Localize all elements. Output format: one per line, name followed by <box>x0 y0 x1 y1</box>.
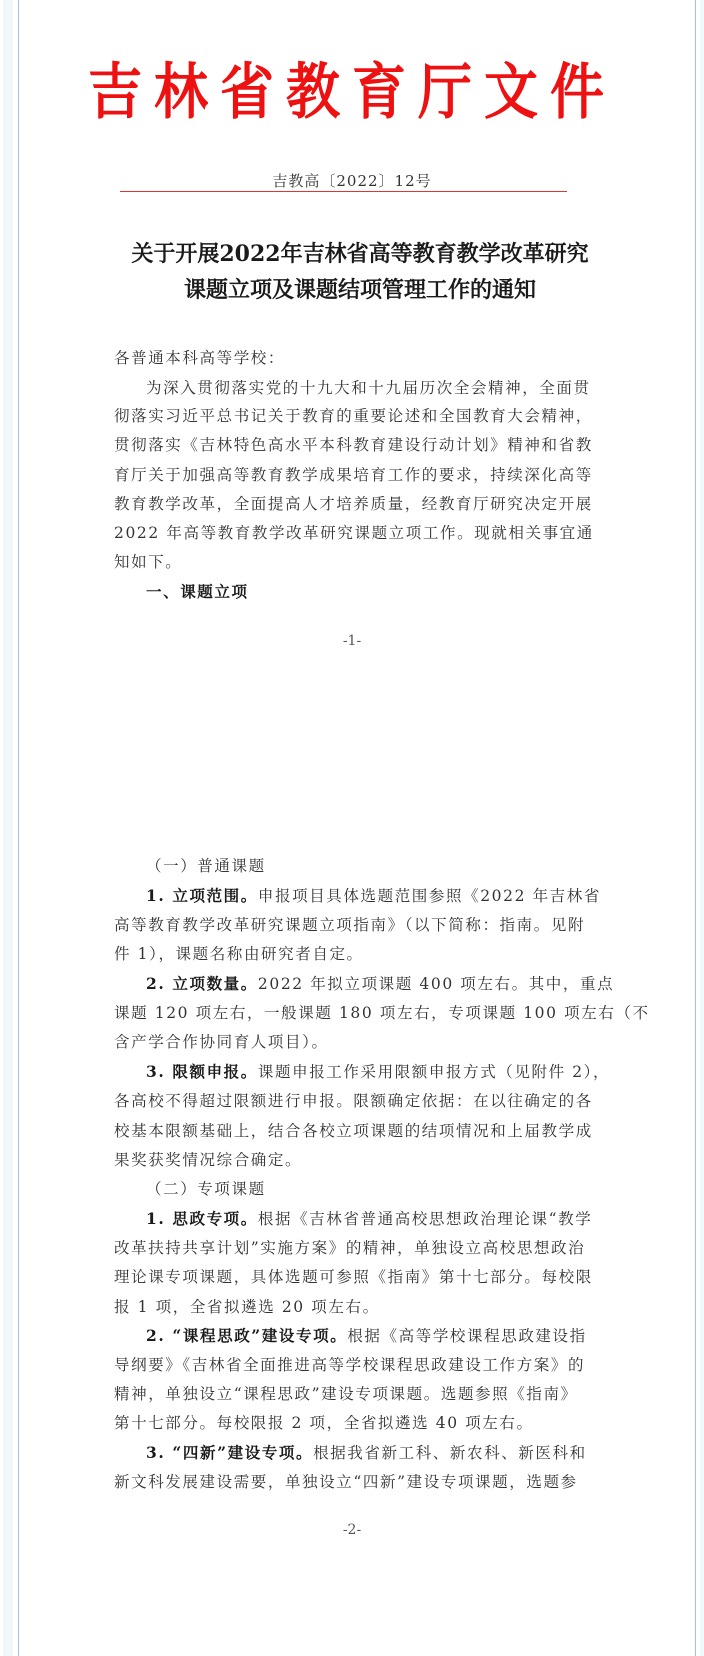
item-5-line: 导纲要》《吉林省全面推进高等学校课程思政建设工作方案》的 <box>114 1355 574 1375</box>
salutation: 各普通本科高等学校： <box>114 348 574 368</box>
item-3-line: 3. 限额申报。课题申报工作采用限额申报方式（见附件 2）， <box>146 1062 606 1082</box>
issuer-header-title: 吉林省教育厅文件 <box>0 44 704 130</box>
item-2-line: 含产学合作协同育人项目）。 <box>114 1032 574 1052</box>
item-3-line: 各高校不得超过限额进行申报。限额确定依据：在以往确定的各 <box>114 1091 574 1111</box>
item-1-label: 1. 立项范围。 <box>146 886 258 905</box>
subsection-heading-2: （二）专项课题 <box>146 1179 606 1199</box>
item-4-label: 1. 思政专项。 <box>146 1209 258 1228</box>
intro-line: 2022 年高等教育教学改革研究课题立项工作。现就相关事宜通 <box>114 523 574 543</box>
item-1-line: 件 1），课题名称由研究者自定。 <box>114 944 574 964</box>
notice-title-line-2: 课题立项及课题结项管理工作的通知 <box>100 272 620 308</box>
item-3-line: 校基本限额基础上，结合各校立项课题的结项情况和上届教学成 <box>114 1121 574 1141</box>
item-6-line: 3. “四新”建设专项。根据我省新工科、新农科、新医科和 <box>146 1443 606 1463</box>
item-5-line: 2. “课程思政”建设专项。根据《高等学校课程思政建设指 <box>146 1326 606 1346</box>
item-3-line: 果奖获奖情况综合确定。 <box>114 1150 574 1170</box>
item-4-line: 理论课专项课题，具体选题可参照《指南》第十七部分。每校限 <box>114 1267 574 1287</box>
item-6-line: 新文科发展建设需要，单独设立“四新”建设专项课题，选题参 <box>114 1472 574 1492</box>
viewer-margin-left <box>3 0 13 1656</box>
intro-line: 育厅关于加强高等教育教学成果培育工作的要求，持续深化高等 <box>114 465 574 485</box>
intro-line: 为深入贯彻落实党的十九大和十九届历次全会精神，全面贯 <box>146 378 606 398</box>
red-divider-line <box>120 191 567 192</box>
item-2-line: 2. 立项数量。2022 年拟立项课题 400 项左右。其中，重点 <box>146 974 606 994</box>
item-6-label: 3. “四新”建设专项。 <box>146 1443 313 1462</box>
item-4-line: 改革扶持共享计划”实施方案》的精神，单独设立高校思想政治 <box>114 1238 574 1258</box>
section-heading-1: 一、课题立项 <box>146 582 606 602</box>
item-2-label: 2. 立项数量。 <box>146 974 258 993</box>
item-3-label: 3. 限额申报。 <box>146 1062 258 1081</box>
item-5-line: 精神，单独设立“课程思政”建设专项课题。选题参照《指南》 <box>114 1384 574 1404</box>
item-4-line: 1. 思政专项。根据《吉林省普通高校思想政治理论课“教学 <box>146 1209 606 1229</box>
page-number-2: -2- <box>0 1522 704 1538</box>
item-1-line: 1. 立项范围。申报项目具体选题范围参照《2022 年吉林省 <box>146 886 606 906</box>
notice-title-line-1: 关于开展2022年吉林省高等教育教学改革研究 <box>100 236 620 272</box>
item-1-line: 高等教育教学改革研究课题立项指南》（以下简称：指南。见附 <box>114 915 574 935</box>
intro-line: 教育教学改革，全面提高人才培养质量，经教育厅研究决定开展 <box>114 494 574 514</box>
intro-line: 知如下。 <box>114 552 574 572</box>
subsection-heading-1: （一）普通课题 <box>146 856 606 876</box>
intro-line: 贯彻落实《吉林特色高水平本科教育建设行动计划》精神和省教 <box>114 435 574 455</box>
item-2-line: 课题 120 项左右，一般课题 180 项左右，专项课题 100 项左右（不 <box>114 1003 574 1023</box>
document-number: 吉教高〔2022〕12号 <box>0 170 704 191</box>
viewer-margin-right <box>700 0 704 1656</box>
page-number-1: -1- <box>0 633 704 649</box>
item-4-line: 报 1 项，全省拟遴选 20 项左右。 <box>114 1297 574 1317</box>
intro-line: 彻落实习近平总书记关于教育的重要论述和全国教育大会精神， <box>114 406 574 426</box>
item-5-line: 第十七部分。每校限报 2 项，全省拟遴选 40 项左右。 <box>114 1413 574 1433</box>
item-5-label: 2. “课程思政”建设专项。 <box>146 1326 347 1345</box>
